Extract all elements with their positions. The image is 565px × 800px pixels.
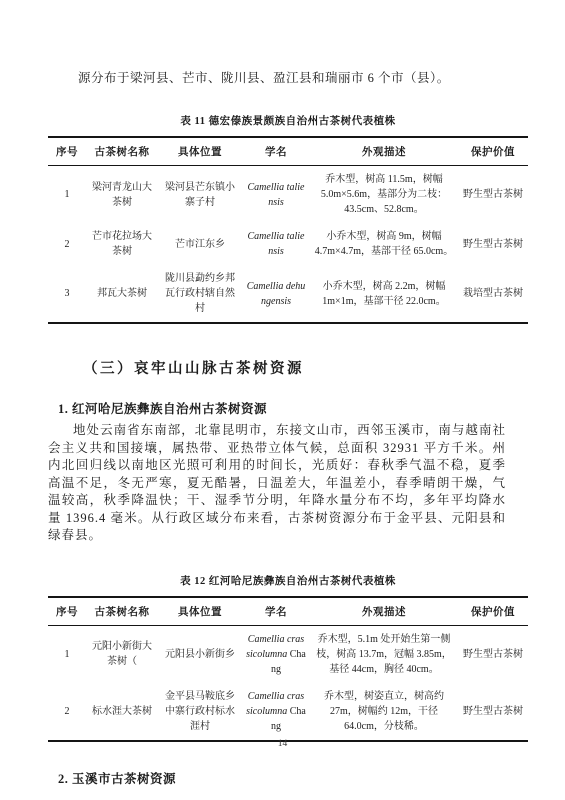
col-header-tree-name: 古茶树名称 — [86, 137, 158, 166]
cell-description: 乔木型，5.1m 处开始生第一侧枝，树高 13.7m，冠幅 3.85m，基径 4… — [310, 625, 458, 683]
latin-italic: Camellia taliensis — [248, 231, 305, 257]
table-row: 2 芒市花拉场大茶树 芒市江东乡 Camellia taliensis 小乔木型… — [48, 223, 528, 265]
document-page: 源分布于梁河县、芒市、陇川县、盈江县和瑞丽市 6 个市（县）。 表 11 德宏傣… — [0, 0, 565, 800]
cell-serial: 3 — [48, 265, 86, 323]
cell-tree-name: 芒市花拉场大茶树 — [86, 223, 158, 265]
cell-tree-name: 邦瓦大茶树 — [86, 265, 158, 323]
table-row: 2 标水涯大茶树 金平县马鞍底乡中寨行政村标水涯村 Camellia crass… — [48, 683, 528, 741]
cell-serial: 1 — [48, 166, 86, 224]
col-header-location: 具体位置 — [158, 597, 242, 626]
col-header-description: 外观描述 — [310, 597, 458, 626]
cell-latin-name: Camellia dehungensis — [242, 265, 310, 323]
cell-location: 金平县马鞍底乡中寨行政村标水涯村 — [158, 683, 242, 741]
table11-caption: 表 11 德宏傣族景颇族自治州古茶树代表植株 — [48, 113, 528, 128]
col-header-latin-name: 学名 — [242, 137, 310, 166]
subsection-1-paragraph: 地处云南省东南部，北靠昆明市，东接文山市，西邻玉溪市，南与越南社会主义共和国接壤… — [48, 422, 506, 545]
latin-italic: Camellia dehungensis — [247, 281, 306, 307]
col-header-description: 外观描述 — [310, 137, 458, 166]
cell-serial: 2 — [48, 683, 86, 741]
table12-header-row: 序号 古茶树名称 具体位置 学名 外观描述 保护价值 — [48, 597, 528, 626]
intro-line: 源分布于梁河县、芒市、陇川县、盈江县和瑞丽市 6 个市（县）。 — [78, 70, 528, 87]
subsection-2-heading: 2. 玉溪市古茶树资源 — [58, 769, 528, 787]
cell-latin-name: Camellia crassicolumna Chang — [242, 683, 310, 741]
cell-description: 小乔木型，树高 2.2m，树幅 1m×1m，基部干径 22.0cm。 — [310, 265, 458, 323]
cell-description: 乔木型，树姿直立，树高约 27m，树幅约 12m，干径 64.0cm，分枝稀。 — [310, 683, 458, 741]
table12-caption: 表 12 红河哈尼族彝族自治州古茶树代表植株 — [48, 573, 528, 588]
cell-location: 梁河县芒东镇小寨子村 — [158, 166, 242, 224]
col-header-protection-value: 保护价值 — [458, 137, 528, 166]
section-heading: （三）哀牢山山脉古茶树资源 — [83, 357, 528, 378]
cell-description: 小乔木型，树高 9m，树幅 4.7m×4.7m，基部干径 65.0cm。 — [310, 223, 458, 265]
cell-protection-value: 野生型古茶树 — [458, 683, 528, 741]
table11: 序号 古茶树名称 具体位置 学名 外观描述 保护价值 1 梁河青龙山大茶树 梁河… — [48, 136, 528, 324]
table12: 序号 古茶树名称 具体位置 学名 外观描述 保护价值 1 元阳小新街大茶树（ 元… — [48, 596, 528, 742]
cell-protection-value: 野生型古茶树 — [458, 625, 528, 683]
cell-serial: 2 — [48, 223, 86, 265]
cell-protection-value: 栽培型古茶树 — [458, 265, 528, 323]
col-header-tree-name: 古茶树名称 — [86, 597, 158, 626]
col-header-protection-value: 保护价值 — [458, 597, 528, 626]
col-header-location: 具体位置 — [158, 137, 242, 166]
cell-protection-value: 野生型古茶树 — [458, 166, 528, 224]
col-header-latin-name: 学名 — [242, 597, 310, 626]
table-row: 3 邦瓦大茶树 陇川县勐约乡邦瓦行政村辖自然村 Camellia dehunge… — [48, 265, 528, 323]
table11-header-row: 序号 古茶树名称 具体位置 学名 外观描述 保护价值 — [48, 137, 528, 166]
cell-protection-value: 野生型古茶树 — [458, 223, 528, 265]
cell-serial: 1 — [48, 625, 86, 683]
cell-location: 陇川县勐约乡邦瓦行政村辖自然村 — [158, 265, 242, 323]
cell-latin-name: Camellia crassicolumna Chang — [242, 625, 310, 683]
table-row: 1 元阳小新街大茶树（ 元阳县小新街乡 Camellia crassicolum… — [48, 625, 528, 683]
cell-location: 芒市江东乡 — [158, 223, 242, 265]
subsection-1-heading: 1. 红河哈尼族彝族自治州古茶树资源 — [58, 399, 528, 417]
cell-latin-name: Camellia taliensis — [242, 223, 310, 265]
cell-tree-name: 标水涯大茶树 — [86, 683, 158, 741]
col-header-serial: 序号 — [48, 597, 86, 626]
col-header-serial: 序号 — [48, 137, 86, 166]
cell-tree-name: 元阳小新街大茶树（ — [86, 625, 158, 683]
cell-description: 乔木型，树高 11.5m，树幅 5.0m×5.6m，基部分为二枝：43.5cm、… — [310, 166, 458, 224]
cell-tree-name: 梁河青龙山大茶树 — [86, 166, 158, 224]
table-row: 1 梁河青龙山大茶树 梁河县芒东镇小寨子村 Camellia taliensis… — [48, 166, 528, 224]
page-number: 14 — [0, 739, 565, 749]
cell-location: 元阳县小新街乡 — [158, 625, 242, 683]
latin-italic: Camellia taliensis — [248, 182, 305, 208]
cell-latin-name: Camellia taliensis — [242, 166, 310, 224]
